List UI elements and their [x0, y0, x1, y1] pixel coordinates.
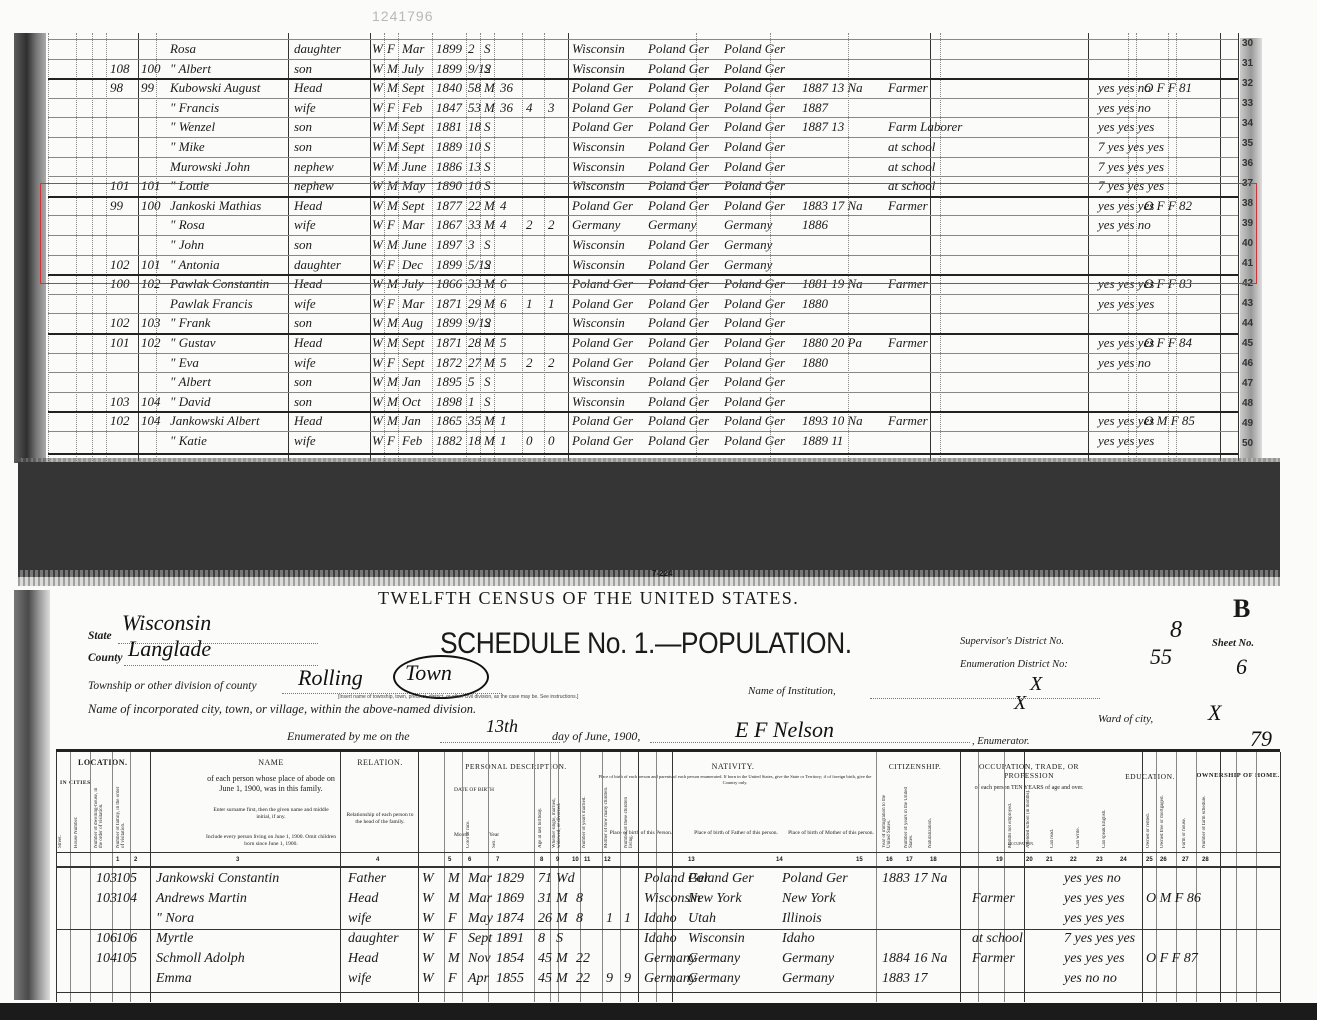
name-description: of each person whose place of abode on J… [206, 774, 336, 794]
children-living: 9 [624, 971, 631, 987]
education: yes yes yes [1064, 891, 1125, 907]
birthplace-father: Poland Ger [648, 296, 709, 312]
occupation: Farmer [972, 951, 1015, 967]
occupation: at school [888, 139, 935, 155]
mother-of-children: 0 [526, 433, 533, 449]
birthplace-father: Poland Ger [648, 80, 709, 96]
birth-month: Mar [402, 296, 424, 312]
header-months-unemployed: Months not employed. [1008, 786, 1013, 848]
sex: M [387, 159, 398, 175]
age: 26 [538, 911, 552, 927]
education: yes yes no [1098, 355, 1151, 371]
table-row: 101102" GustavHeadWMSept187128M5Poland G… [48, 334, 1238, 353]
header-years-married: Number of years married. [582, 786, 587, 848]
birth-year: 1871 [436, 335, 462, 351]
day-of-june-label: day of June, 1900, [552, 729, 640, 744]
birthplace-father: Poland Ger [648, 394, 709, 410]
table-row: Pawlak FranciswifeWFMar187129M611Poland … [48, 295, 1238, 314]
ward-label: Ward of city, [1098, 713, 1153, 725]
state-label: State [88, 630, 112, 642]
header-immigration: Year of immigration to the United States… [882, 786, 892, 848]
table-row: 9899Kubowski AugustHeadWMSept184058M36Po… [48, 79, 1238, 98]
years-married: 36 [500, 80, 513, 96]
color-race: W [422, 971, 434, 987]
column-number: 19 [996, 857, 1003, 863]
birthplace-mother: Poland Ger [724, 159, 785, 175]
supervisor-district-label: Supervisor's District No. [960, 636, 1064, 647]
years-married: 22 [576, 971, 590, 987]
immigration-info: 1880 [802, 296, 828, 312]
color-race: W [422, 871, 434, 887]
color-race: W [422, 951, 434, 967]
birthplace-father: Poland Ger [648, 41, 709, 57]
family-number: 106 [116, 931, 137, 947]
marital-status: M [484, 355, 495, 371]
birth-year: 1829 [496, 871, 524, 887]
color-race: W [372, 61, 383, 77]
immigration-info: 1887 13 [802, 119, 844, 135]
column-number: 17 [906, 857, 913, 863]
relation: wife [348, 971, 371, 987]
birthplace-self: Poland Ger [572, 100, 633, 116]
immigration-info: 1893 10 Na [802, 413, 863, 429]
ownership-header: OWNERSHIP OF HOME. [1196, 772, 1280, 779]
person-name: Pawlak Francis [170, 296, 253, 312]
marital-status: M [484, 296, 495, 312]
age: 58 [468, 80, 481, 96]
page-binding-edge-lower [14, 590, 50, 1000]
education: 7 yes yes yes [1064, 931, 1135, 947]
sex: F [387, 100, 395, 116]
marital-status: M [484, 433, 495, 449]
sex: F [448, 971, 457, 987]
sex: M [448, 871, 460, 887]
header-age: Age at last birthday. [538, 786, 543, 848]
marital-status: S [484, 41, 491, 57]
name-header: NAME [206, 758, 336, 767]
relation: son [294, 139, 312, 155]
sex: M [387, 413, 398, 429]
sheet-no-value: 6 [1236, 654, 1247, 680]
column-number: 9 [556, 857, 559, 863]
color-race: W [372, 413, 383, 429]
relation: Head [294, 413, 322, 429]
location-header: LOCATION. [78, 758, 127, 767]
state-value: Wisconsin [122, 610, 211, 636]
birthplace-self: Wisconsin [572, 139, 625, 155]
birthplace-mother: Poland Ger [724, 355, 785, 371]
dwelling-number: 108 [110, 61, 130, 77]
dwelling-number: 102 [110, 315, 130, 331]
birth-month: May [468, 911, 493, 927]
immigration-info: 1887 [802, 100, 828, 116]
family-number: 105 [116, 871, 137, 887]
education: yes yes no [1064, 871, 1121, 887]
sex: M [387, 119, 398, 135]
enumerated-label: Enumerated by me on the [287, 729, 410, 744]
birth-month: Sept [402, 335, 424, 351]
birthplace-father: Poland Ger [688, 871, 754, 887]
birthplace-mother: Poland Ger [724, 41, 785, 57]
education: yes yes no [1098, 80, 1151, 96]
age: 71 [538, 871, 552, 887]
column-number: 1 [116, 857, 119, 863]
column-number: 24 [1120, 857, 1127, 863]
birthplace-self: Idaho [644, 931, 677, 947]
marital-status: M [556, 911, 568, 927]
name-note-include: Include every person living on June 1, 1… [206, 834, 336, 848]
selection-highlight-rectangle[interactable] [40, 183, 1257, 284]
occupation-sub-header: OCCUPATION. [986, 840, 1056, 847]
relation: son [294, 315, 312, 331]
sex: F [448, 911, 457, 927]
sex: F [387, 355, 395, 371]
age: 1 [468, 394, 475, 410]
township-note: [Insert name of township, town, precinct… [338, 694, 578, 700]
years-married: 8 [576, 911, 583, 927]
sex: M [387, 335, 398, 351]
birthplace-father: Poland Ger [648, 100, 709, 116]
family-number: 102 [141, 335, 161, 351]
person-name: Myrtle [156, 931, 193, 947]
person-name: Andrews Martin [156, 891, 247, 907]
table-row-rule [56, 852, 1280, 853]
years-married: 22 [576, 951, 590, 967]
color-race: W [372, 119, 383, 135]
birth-month: Mar [468, 871, 492, 887]
county-label: County [88, 652, 123, 664]
family-number: 100 [141, 61, 161, 77]
birth-month: Sept [402, 355, 424, 371]
children-living: 1 [548, 296, 555, 312]
relation: wife [294, 100, 316, 116]
children-living: 0 [548, 433, 555, 449]
relation: Head [294, 335, 322, 351]
relation: wife [348, 911, 371, 927]
marital-status: S [484, 61, 491, 77]
immigration-info: 1880 20 Pa [802, 335, 862, 351]
column-number: 12 [604, 857, 611, 863]
family-number: 105 [116, 951, 137, 967]
birthplace-self: Wisconsin [572, 374, 625, 390]
birthplace-self: Wisconsin [572, 394, 625, 410]
line-number: 31 [1242, 58, 1253, 69]
age: 18 [468, 433, 481, 449]
table-row-rule [56, 992, 1280, 993]
relation: Head [348, 891, 378, 907]
citizenship-header: CITIZENSHIP. [882, 762, 948, 771]
birth-month: July [402, 61, 424, 77]
column-number: 26 [1160, 857, 1167, 863]
years-married: 36 [500, 100, 513, 116]
header-family: Number of family, in the order of visita… [116, 786, 126, 848]
birthplace-self: Poland Ger [572, 335, 633, 351]
relation-description: Relationship of each person to the head … [346, 812, 414, 826]
occupation: Farmer [972, 891, 1015, 907]
relation: daughter [294, 41, 341, 57]
marital-status: M [484, 413, 495, 429]
children-living: 3 [548, 100, 555, 116]
person-name: " Eva [170, 355, 199, 371]
table-row: EmmawifeWFApr185545M2299GermanyGermanyGe… [56, 970, 1280, 991]
dwelling-number: 103 [96, 891, 117, 907]
column-number: 8 [540, 857, 543, 863]
marital-status: M [556, 891, 568, 907]
column-number: 5 [448, 857, 451, 863]
occupation-header: OCCUPATION, TRADE, OR PROFESSION [954, 762, 1104, 780]
color-race: W [422, 931, 434, 947]
birth-month: Aug [402, 315, 423, 331]
line-number: 48 [1242, 398, 1253, 409]
line-number: 44 [1242, 318, 1253, 329]
age: 27 [468, 355, 481, 371]
children-living: 1 [624, 911, 631, 927]
birth-month: Mar [402, 41, 424, 57]
birth-year: 1895 [436, 374, 462, 390]
birth-year: 1869 [496, 891, 524, 907]
birth-year: 1855 [496, 971, 524, 987]
header-attended-school: Attended school (in months). [1026, 786, 1031, 848]
occupation: Farmer [888, 413, 928, 429]
birthplace-self: Wisconsin [572, 159, 625, 175]
age: 18 [468, 119, 481, 135]
person-name: " Frank [170, 315, 210, 331]
column-number: 23 [1096, 857, 1103, 863]
home-ownership: O M F 85 [1144, 413, 1195, 429]
township-circled-value: Town [405, 660, 452, 686]
education: yes yes yes [1064, 911, 1125, 927]
person-name: " David [170, 394, 210, 410]
birth-year: 1865 [436, 413, 462, 429]
birthplace-mother: Poland Ger [724, 296, 785, 312]
birthplace-father: Poland Ger [648, 413, 709, 429]
dwelling-number: 98 [110, 80, 123, 96]
column-number: 14 [776, 857, 783, 863]
immigration-info: 1883 17 [882, 971, 928, 987]
birth-year: 1889 [436, 139, 462, 155]
birthplace-mother: Poland Ger [724, 374, 785, 390]
education: 7 yes yes yes [1098, 159, 1164, 175]
person-name: " Wenzel [170, 119, 215, 135]
enumerator-label: , Enumerator. [972, 736, 1029, 747]
column-number: 21 [1046, 857, 1053, 863]
birth-year: 1881 [436, 119, 462, 135]
education: yes yes no [1098, 100, 1151, 116]
header-can-speak-english: Can speak English. [1102, 786, 1107, 848]
birthplace-mother: Poland Ger [724, 315, 785, 331]
occupation: Farm Laborer [888, 119, 962, 135]
years-married: 1 [500, 413, 507, 429]
occupation: at school [888, 159, 935, 175]
marital-status: M [484, 335, 495, 351]
birthplace-father: Poland Ger [648, 374, 709, 390]
birthplace-mother: Poland Ger [782, 871, 848, 887]
education: yes yes yes [1098, 119, 1154, 135]
color-race: W [422, 891, 434, 907]
line-number: 35 [1242, 138, 1253, 149]
table-row: 102103" FranksonWMAug18999/12SWisconsinP… [48, 314, 1238, 333]
dwelling-number: 104 [96, 951, 117, 967]
enumerated-line [440, 741, 560, 743]
age: 28 [468, 335, 481, 351]
line-number: 45 [1242, 338, 1253, 349]
birthplace-self: Poland Ger [572, 296, 633, 312]
scan-bottom-edge [0, 1003, 1317, 1020]
header-can-write: Can write. [1076, 786, 1081, 848]
nativity-header: NATIVITY. [588, 762, 878, 771]
table-row: " KatiewifeWFFeb188218M100Poland GerPola… [48, 432, 1238, 451]
line-number: 32 [1242, 78, 1253, 89]
marital-status: S [484, 159, 491, 175]
table-row: 102104Jankowski AlbertHeadWMJan186535M1P… [48, 412, 1238, 431]
line-number: 47 [1242, 378, 1253, 389]
birth-father-header: Place of birth of Father of this person. [691, 830, 781, 837]
birth-year: 1840 [436, 80, 462, 96]
header-mother-of: Mother of how many children. [604, 786, 609, 848]
immigration-info: 1887 13 Na [802, 80, 863, 96]
birth-year: 1898 [436, 394, 462, 410]
enumeration-district-label: Enumeration District No: [960, 659, 1068, 670]
institution-line [870, 697, 1100, 699]
header-sex: Sex. [492, 786, 497, 848]
sheet-no-label: Sheet No. [1212, 638, 1254, 649]
table-row-rule [56, 866, 1280, 868]
birthplace-mother: Poland Ger [724, 139, 785, 155]
relation: son [294, 61, 312, 77]
nativity-description: Place of birth of each person and parent… [592, 774, 878, 786]
table-row: " WenzelsonWMSept188118SPoland GerPoland… [48, 118, 1238, 137]
years-married: 5 [500, 355, 507, 371]
supervisor-district-value: 8 [1170, 617, 1182, 644]
table-row: 108100" AlbertsonWMJuly18999/12SWisconsi… [48, 60, 1238, 79]
birthplace-mother: Illinois [782, 911, 822, 927]
sex: F [387, 433, 395, 449]
years-married: 1 [500, 433, 507, 449]
birth-month: Sept [468, 931, 492, 947]
marital-status: S [556, 931, 563, 947]
birthplace-mother: Idaho [782, 931, 815, 947]
age: 53 [468, 100, 481, 116]
ward-value: X [1208, 700, 1221, 726]
color-race: W [372, 315, 383, 331]
person-name: Schmoll Adolph [156, 951, 245, 967]
table-row: 103105Jankowski ConstantinFatherWMMar182… [56, 870, 1280, 891]
relation: daughter [348, 931, 399, 947]
age: 29 [468, 296, 481, 312]
color-race: W [372, 80, 383, 96]
birthplace-self: Wisconsin [572, 61, 625, 77]
header-dwelling: Number of dwelling-house, in the order o… [94, 786, 104, 848]
immigration-info: 1883 17 Na [882, 871, 947, 887]
birthplace-self: Poland Ger [572, 355, 633, 371]
birthplace-self: Poland Ger [572, 80, 633, 96]
sex: M [448, 951, 460, 967]
incorporated-value: X [1014, 692, 1026, 715]
table-row: 103104Andrews MartinHeadWMMar186931M8Wis… [56, 890, 1280, 911]
line-number: 46 [1242, 358, 1253, 369]
enumeration-district-value: 55 [1150, 644, 1172, 670]
relation: wife [294, 296, 316, 312]
immigration-info: 1889 11 [802, 433, 843, 449]
dwelling-number: 106 [96, 931, 117, 947]
ledger-bottom-rule [48, 453, 1238, 455]
years-married: 5 [500, 335, 507, 351]
mother-of-children: 2 [526, 355, 533, 371]
column-number: 28 [1202, 857, 1209, 863]
color-race: W [372, 374, 383, 390]
scan-fold-edge-lower [18, 570, 1280, 586]
sex: M [387, 394, 398, 410]
marital-status: Wd [556, 871, 575, 887]
relation: son [294, 374, 312, 390]
relation: nephew [294, 159, 334, 175]
schedule-title: SCHEDULE No. 1.—POPULATION. [440, 627, 852, 661]
immigration-info: 1884 16 Na [882, 951, 947, 967]
dwelling-number: 101 [110, 335, 130, 351]
table-row: " NorawifeWFMay187426M811IdahoUtahIllino… [56, 910, 1280, 931]
census-scan-page: 1241796 RosadaughterWFMar18992SWisconsin… [0, 0, 1317, 1020]
education: 7 yes yes yes [1098, 139, 1164, 155]
years-married: 6 [500, 296, 507, 312]
occupation: Farmer [888, 335, 928, 351]
age: 5 [468, 374, 475, 390]
mother-of-children: 1 [526, 296, 533, 312]
education: yes no no [1064, 971, 1117, 987]
family-number: 104 [141, 394, 161, 410]
birth-year: 1891 [496, 931, 524, 947]
county-value: Langlade [128, 636, 211, 662]
mother-of-children: 4 [526, 100, 533, 116]
column-number: 18 [930, 857, 937, 863]
header-farm-schedule: Number of farm schedule. [1202, 786, 1207, 848]
birthplace-father: New York [688, 891, 742, 907]
home-ownership: O F F 84 [1144, 335, 1192, 351]
person-name: Emma [156, 971, 192, 987]
header-color: Color or race. [466, 786, 471, 848]
table-row: " FranciswifeWFFeb184753M3643Poland GerP… [48, 99, 1238, 118]
header-farm-house: Farm or house. [1182, 786, 1187, 848]
birthplace-father: Poland Ger [648, 315, 709, 331]
header-children-living: Number of these children living. [624, 786, 634, 848]
birthplace-self: Poland Ger [572, 413, 633, 429]
column-number: 11 [584, 857, 590, 863]
sex: F [387, 41, 395, 57]
birth-month: Feb [402, 433, 422, 449]
column-number: 4 [376, 857, 379, 863]
birth-month: Sept [402, 80, 424, 96]
person-name: " Albert [170, 61, 211, 77]
color-race: W [422, 911, 434, 927]
color-race: W [372, 159, 383, 175]
column-number: 27 [1182, 857, 1189, 863]
marital-status: S [484, 394, 491, 410]
header-house-number: House Number. [74, 786, 79, 848]
family-number: 104 [141, 413, 161, 429]
sex: M [387, 80, 398, 96]
birth-year: 1886 [436, 159, 462, 175]
relation: Father [348, 871, 386, 887]
township-value: Rolling [298, 665, 363, 691]
sex: M [387, 139, 398, 155]
line-number: 34 [1242, 118, 1253, 129]
birth-year: 1847 [436, 100, 462, 116]
header-owned-rented: Owned or rented. [1146, 786, 1151, 848]
relation: son [294, 119, 312, 135]
column-number: 15 [856, 857, 863, 863]
occupation: Farmer [888, 80, 928, 96]
age: 35 [468, 413, 481, 429]
column-number: 2 [134, 857, 137, 863]
